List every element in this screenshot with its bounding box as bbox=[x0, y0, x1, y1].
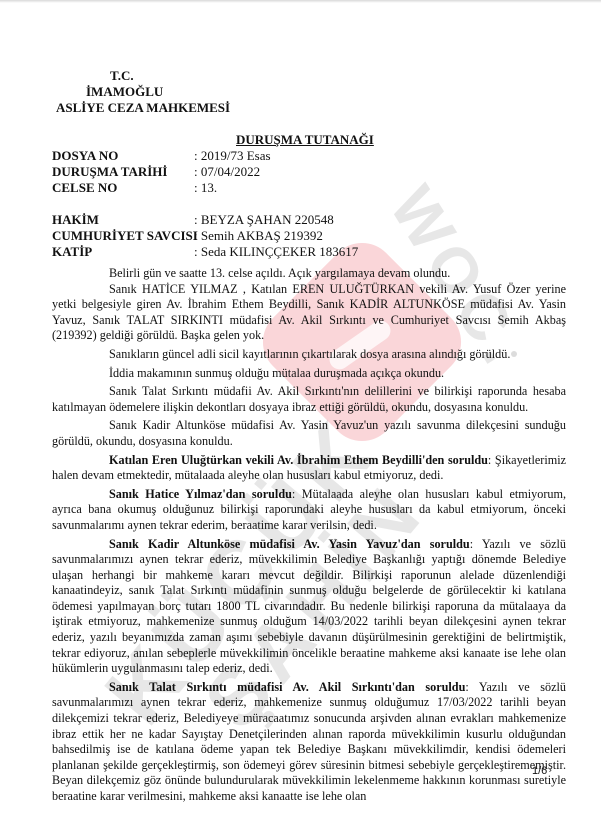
meta-row-prosecutor: CUMHURİYET SAVCISI: Semih AKBAŞ 219392 bbox=[52, 228, 323, 244]
meta-value: : 07/04/2022 bbox=[194, 164, 260, 180]
meta-value: : Semih AKBAŞ 219392 bbox=[194, 228, 323, 244]
paragraph: Sanık Talat Sırkıntı müdafisi Av. Akil S… bbox=[52, 680, 566, 805]
header-line-1: T.C. bbox=[110, 68, 134, 84]
meta-value: : 2019/73 Esas bbox=[194, 148, 271, 164]
meta-key: DURUŞMA TARİHİ bbox=[52, 164, 194, 180]
meta-row-judge: HAKİM: BEYZA ŞAHAN 220548 bbox=[52, 212, 334, 228]
paragraph: Belirli gün ve saatte 13. celse açıldı. … bbox=[52, 266, 566, 282]
meta-row-hearing-date: DURUŞMA TARİHİ: 07/04/2022 bbox=[52, 164, 260, 180]
paragraph: Sanık HATİCE YILMAZ , Katılan EREN ULUĞT… bbox=[52, 282, 566, 344]
court-name: ASLİYE CEZA MAHKEMESİ bbox=[56, 100, 230, 116]
document-page: WOC. KÜÇÜK ŞAHİN T.C. İMAMOĞLU ASLİYE CE… bbox=[0, 0, 601, 817]
paragraph: Katılan Eren Uluğtürkan vekili Av. İbrah… bbox=[52, 453, 566, 484]
document-body: Belirli gün ve saatte 13. celse açıldı. … bbox=[52, 266, 566, 805]
page-number: 1/6 bbox=[532, 765, 547, 777]
meta-row-clerk: KATİP: Seda KILINÇÇEKER 183617 bbox=[52, 244, 358, 260]
meta-key: CUMHURİYET SAVCISI bbox=[52, 228, 194, 244]
meta-key: KATİP bbox=[52, 244, 194, 260]
meta-key: HAKİM bbox=[52, 212, 194, 228]
paragraph: Sanık Kadir Altunköse müdafisi Av. Yasin… bbox=[52, 418, 566, 449]
paragraph: Sanık Kadir Altunköse müdafisi Av. Yasin… bbox=[52, 537, 566, 677]
meta-key: DOSYA NO bbox=[52, 148, 194, 164]
meta-value: : 13. bbox=[194, 180, 217, 196]
paragraph: Sanık Hatice Yılmaz'dan soruldu: Mütalaa… bbox=[52, 487, 566, 534]
meta-value: : BEYZA ŞAHAN 220548 bbox=[194, 212, 334, 228]
paragraph: İddia makamının sunmuş olduğu mütalaa du… bbox=[52, 366, 566, 382]
document-title: DURUŞMA TUTANAĞI bbox=[236, 132, 374, 148]
paragraph: Sanık Talat Sırkıntı müdafii Av. Akil Sı… bbox=[52, 384, 566, 415]
paragraph: Sanıkların güncel adli sicil kayıtlarını… bbox=[52, 347, 566, 363]
meta-value: : Seda KILINÇÇEKER 183617 bbox=[194, 244, 358, 260]
meta-key: CELSE NO bbox=[52, 180, 194, 196]
meta-row-file-no: DOSYA NO: 2019/73 Esas bbox=[52, 148, 271, 164]
meta-row-session-no: CELSE NO: 13. bbox=[52, 180, 217, 196]
header-line-2: İMAMOĞLU bbox=[86, 84, 163, 100]
